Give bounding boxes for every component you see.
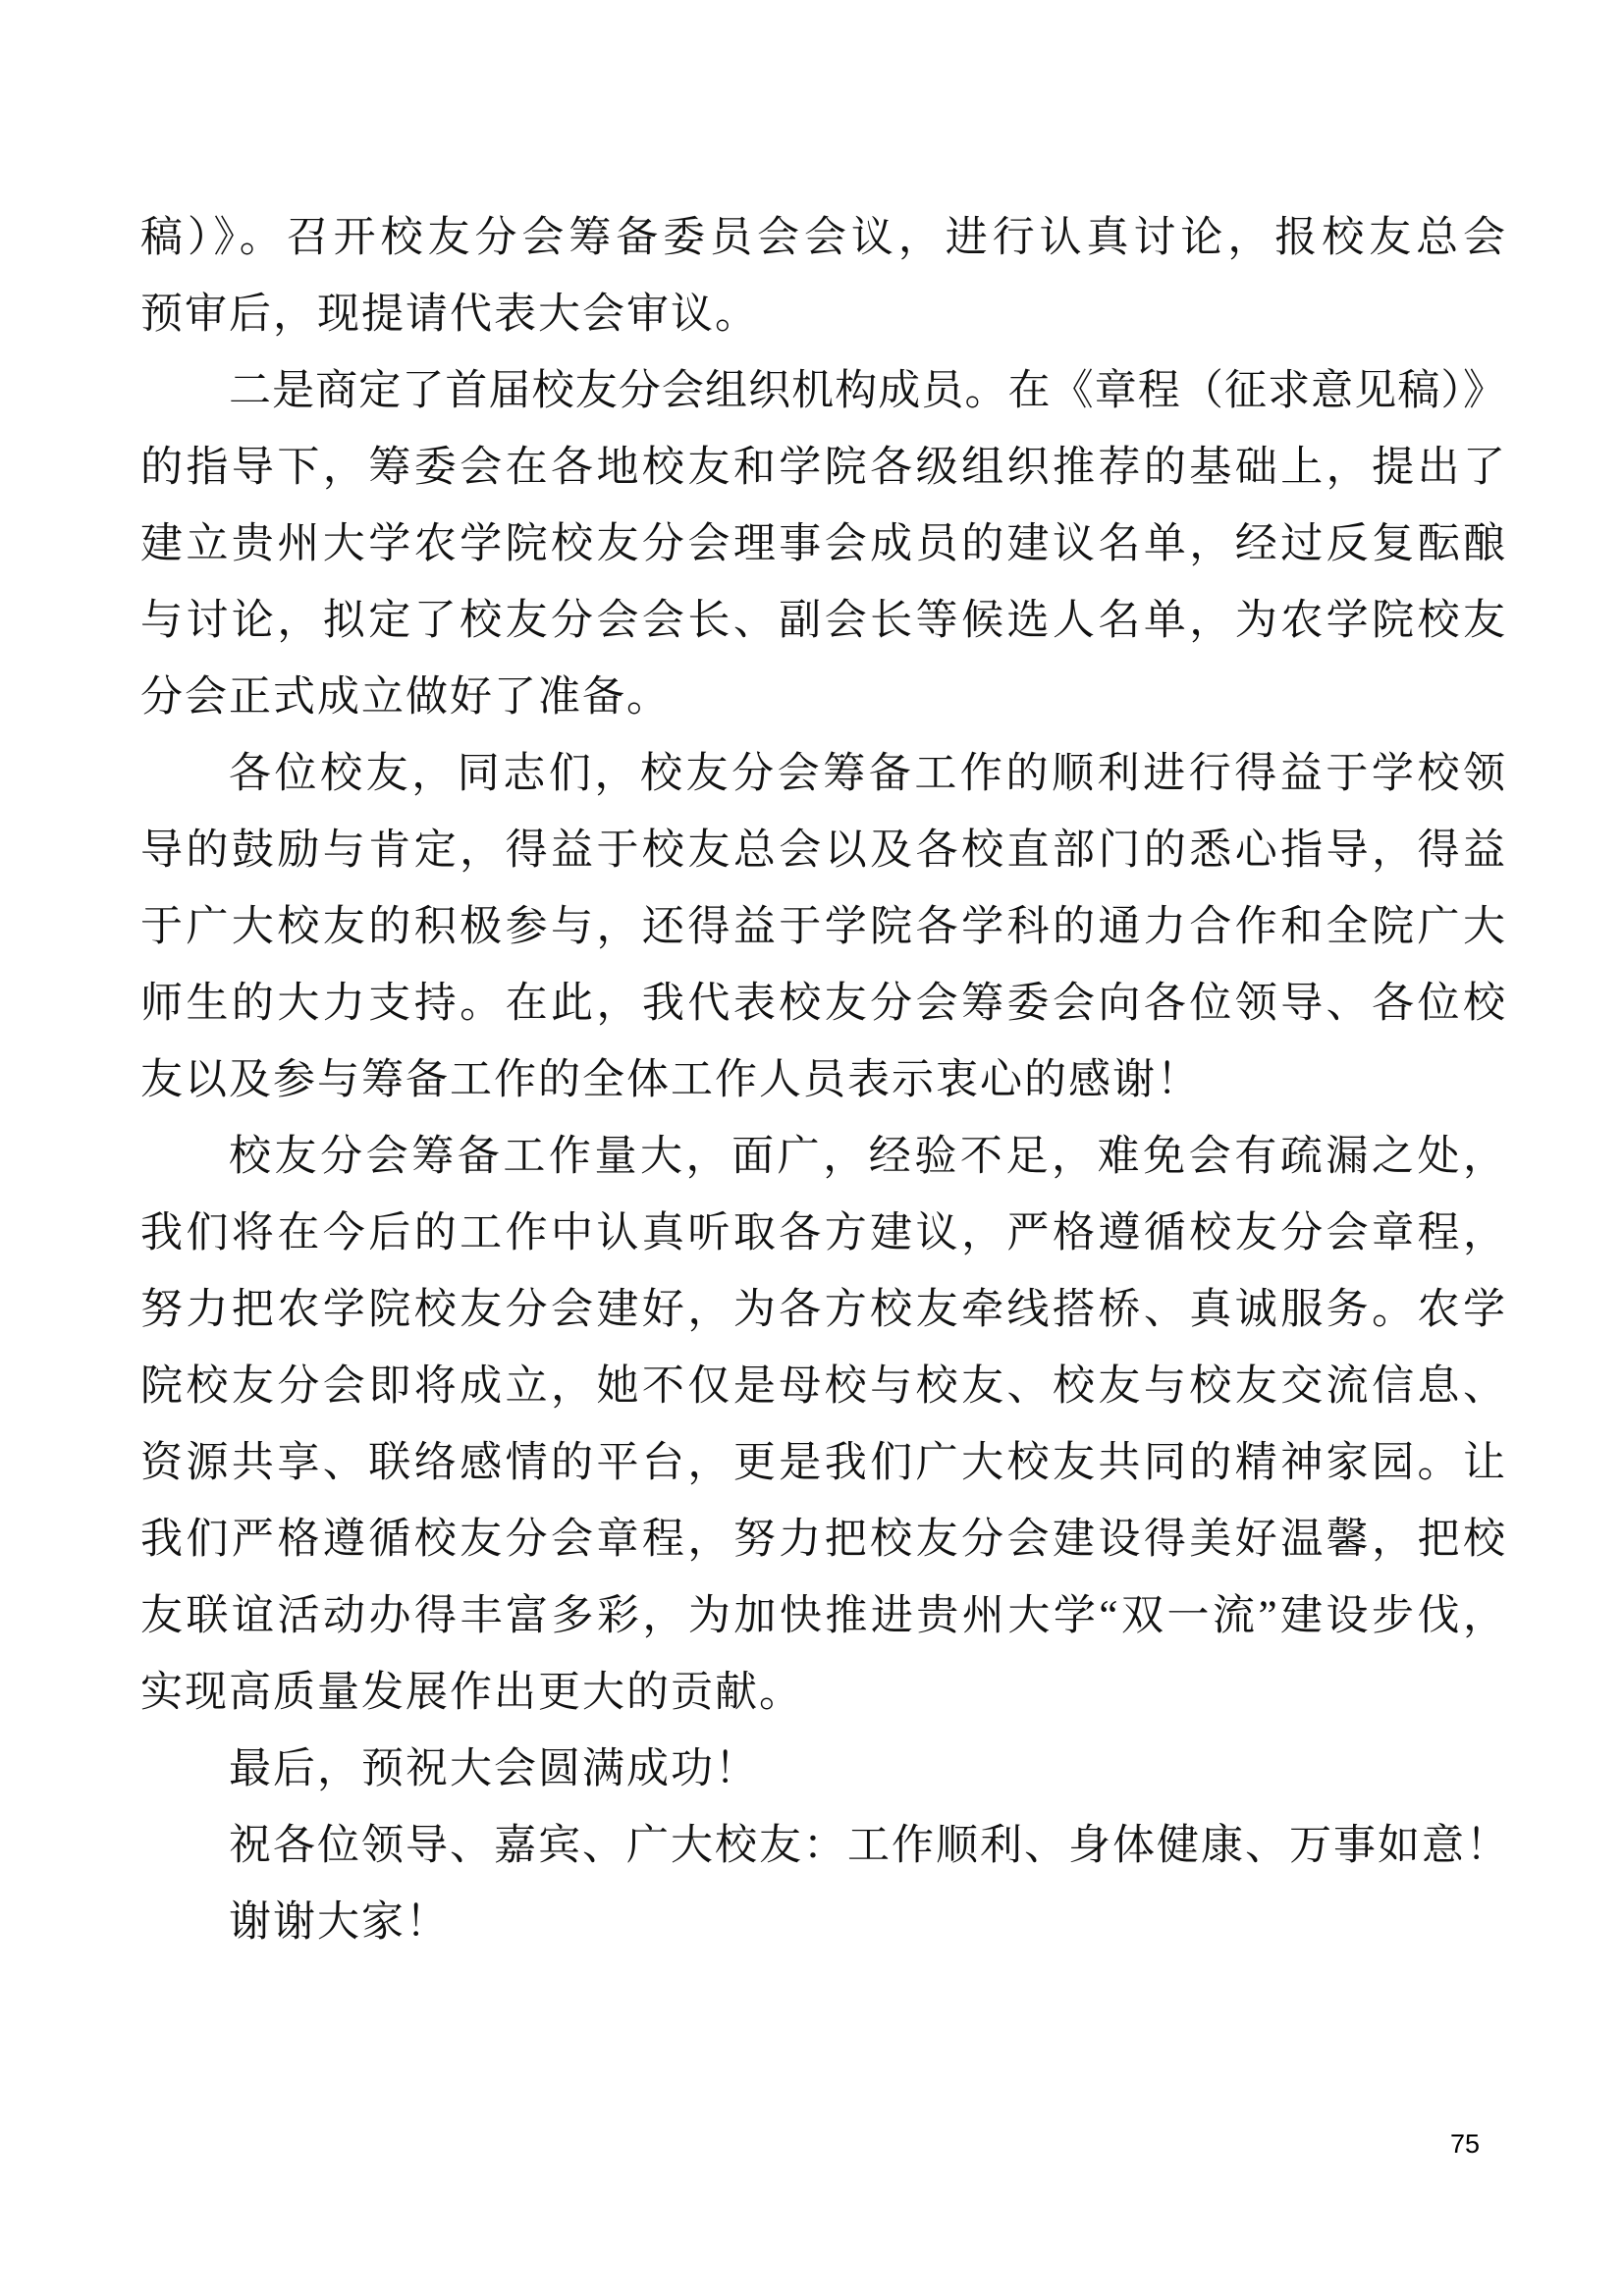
text-line: 各位校友，同志们，校友分会筹备工作的顺利进行得益于学校领 (140, 736, 1505, 813)
text-line: 祝各位领导、嘉宾、广大校友：工作顺利、身体健康、万事如意！ (140, 1808, 1505, 1885)
text-line: 二是商定了首届校友分会组织机构成员。在《章程（征求意见稿）》 (140, 353, 1505, 430)
text-line: 与讨论，拟定了校友分会会长、副会长等候选人名单，为农学院校友 (140, 583, 1505, 660)
text-line: 校友分会筹备工作量大，面广，经验不足，难免会有疏漏之处， (140, 1119, 1505, 1196)
text-line: 实现高质量发展作出更大的贡献。 (140, 1655, 1505, 1732)
text-line: 建立贵州大学农学院校友分会理事会成员的建议名单，经过反复酝酿 (140, 507, 1505, 583)
text-line: 友联谊活动办得丰富多彩，为加快推进贵州大学“双一流”建设步伐， (140, 1578, 1505, 1655)
text-line: 预审后，现提请代表大会审议。 (140, 277, 1505, 353)
text-line: 稿）》。召开校友分会筹备委员会会议，进行认真讨论，报校友总会 (140, 200, 1505, 277)
text-line: 于广大校友的积极参与，还得益于学院各学科的通力合作和全院广大 (140, 889, 1505, 966)
text-line: 资源共享、联络感情的平台，更是我们广大校友共同的精神家园。让 (140, 1425, 1505, 1502)
text-line: 我们将在今后的工作中认真听取各方建议，严格遵循校友分会章程， (140, 1196, 1505, 1272)
text-line: 院校友分会即将成立，她不仅是母校与校友、校友与校友交流信息、 (140, 1349, 1505, 1425)
text-line: 分会正式成立做好了准备。 (140, 660, 1505, 736)
text-line: 的指导下，筹委会在各地校友和学院各级组织推荐的基础上，提出了 (140, 430, 1505, 507)
text-line: 最后，预祝大会圆满成功！ (140, 1732, 1505, 1808)
text-line: 谢谢大家！ (140, 1885, 1505, 1961)
text-line: 努力把农学院校友分会建好，为各方校友牵线搭桥、真诚服务。农学 (140, 1272, 1505, 1349)
text-line: 友以及参与筹备工作的全体工作人员表示衷心的感谢！ (140, 1042, 1505, 1119)
document-page: 稿）》。召开校友分会筹备委员会会议，进行认真讨论，报校友总会预审后，现提请代表大… (0, 0, 1624, 2296)
text-line: 师生的大力支持。在此，我代表校友分会筹委会向各位领导、各位校 (140, 966, 1505, 1042)
body-text: 稿）》。召开校友分会筹备委员会会议，进行认真讨论，报校友总会预审后，现提请代表大… (140, 200, 1505, 1961)
text-line: 我们严格遵循校友分会章程，努力把校友分会建设得美好温馨，把校 (140, 1502, 1505, 1578)
text-line: 导的鼓励与肯定，得益于校友总会以及各校直部门的悉心指导，得益 (140, 813, 1505, 889)
page-number: 75 (1450, 2128, 1480, 2160)
